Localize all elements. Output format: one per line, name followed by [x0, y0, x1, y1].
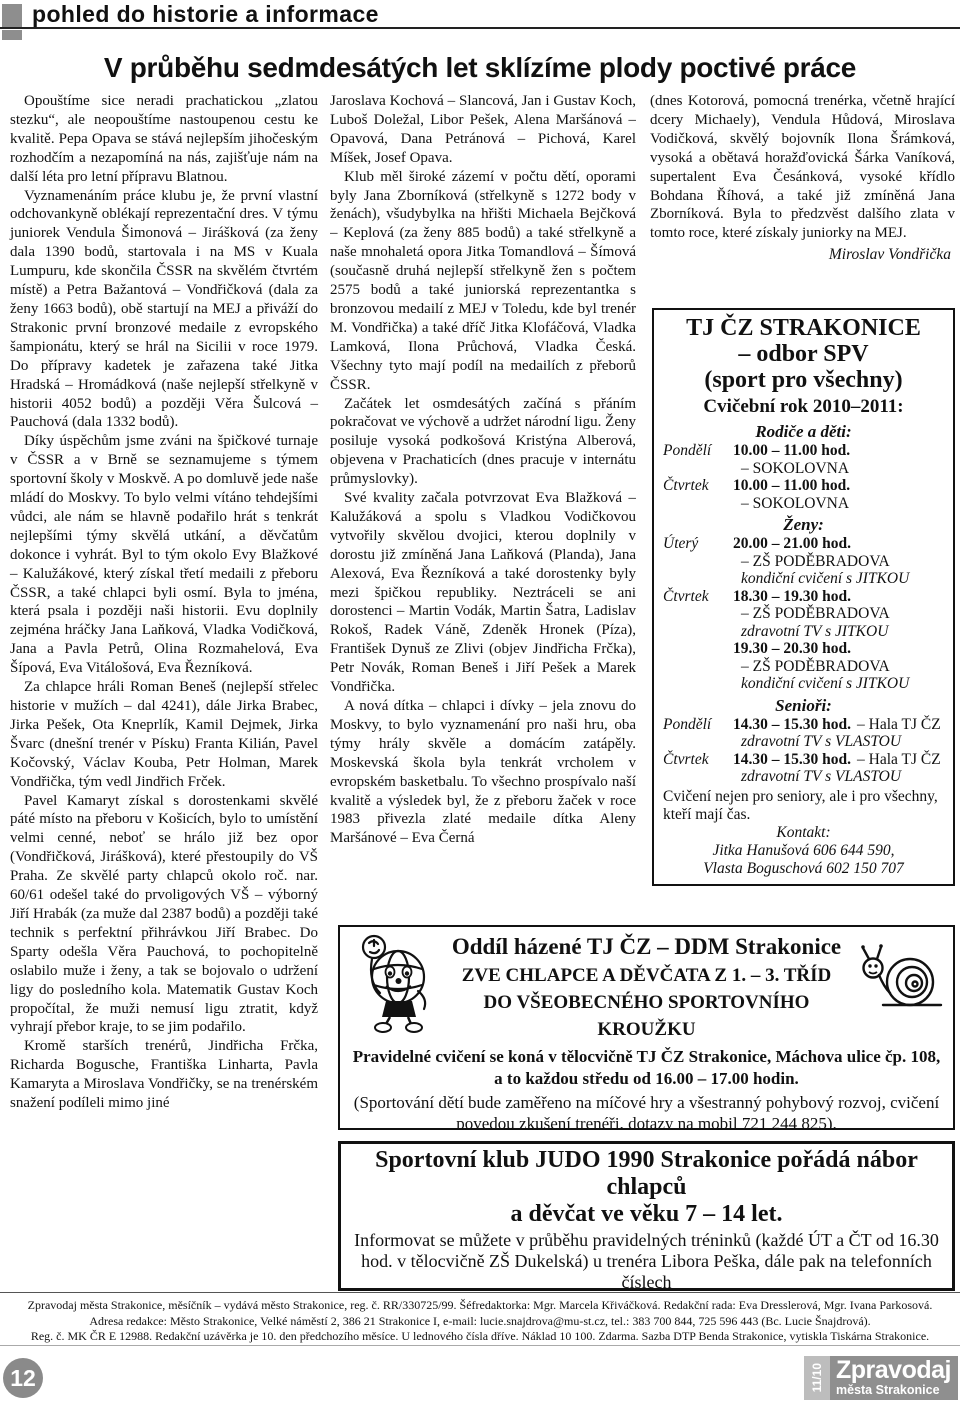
header-divider	[0, 27, 960, 29]
paragraph: Začátek let osmdesátých začíná s přáním …	[330, 395, 636, 490]
spv-time: 14.30 – 15.30 hod.	[733, 751, 851, 769]
spv-day: Čtvrtek	[663, 477, 733, 495]
spv-section-heading: Ženy:	[663, 515, 944, 535]
handball-title: Oddíl házené TJ ČZ – DDM Strakonice	[444, 932, 849, 962]
spv-schedule-row: Úterý 20.00 – 21.00 hod.	[663, 535, 944, 553]
spv-schedule-row: 19.30 – 20.30 hod.	[663, 640, 944, 658]
author-signature: Miroslav Vondřička	[650, 246, 955, 265]
judo-title-line: a děvčat ve věku 7 – 14 let.	[349, 1201, 944, 1228]
spv-schedule-row: Pondělí 10.00 – 11.00 hod.	[663, 442, 944, 460]
paragraph: Pavel Kamaryt získal s dorostenkami skvě…	[10, 792, 318, 1038]
spv-location: – ZŠ PODĚBRADOVA	[741, 553, 944, 571]
spv-location: – ZŠ PODĚBRADOVA	[741, 605, 944, 623]
logo-block: Zpravodaj města Strakonice	[830, 1356, 958, 1400]
logo-subtitle: města Strakonice	[836, 1384, 952, 1397]
spv-day: Pondělí	[663, 716, 733, 734]
imprint-line: Adresa redakce: Město Strakonice, Velké …	[0, 1314, 960, 1330]
paragraph: Klub měl široké zázemí v počtu dětí, opo…	[330, 168, 636, 395]
spv-day: Čtvrtek	[663, 751, 733, 769]
spv-time: 19.30 – 20.30 hod.	[733, 640, 851, 658]
spv-time: 14.30 – 15.30 hod.	[733, 716, 851, 734]
newspaper-page: pohled do historie a informace V průběhu…	[0, 0, 960, 1403]
spv-section-heading: Rodiče a děti:	[663, 422, 944, 442]
judo-announcement-box: Sportovní klub JUDO 1990 Strakonice pořá…	[338, 1141, 955, 1291]
imprint-line: Reg. č. MK ČR E 12988. Redakční uzávěrka…	[0, 1329, 960, 1345]
article-column-1: Opouštíme sice neradi prachatickou „zlat…	[10, 92, 318, 1113]
spv-contact: Vlasta Boguschová 602 150 707	[663, 860, 944, 878]
kicker-square-marker-lower	[2, 30, 22, 40]
paragraph: (dnes Kotorová, pomocná trenérka, včetně…	[650, 92, 955, 243]
footer-divider-top	[0, 1292, 960, 1293]
handball-schedule: Pravidelné cvičení se koná v tělocvičně …	[348, 1046, 945, 1090]
paragraph: A nová dítka – chlapci i dívky – jela zn…	[330, 697, 636, 848]
spv-location: – SOKOLOVNA	[741, 460, 944, 478]
judo-title-line: Sportovní klub JUDO 1990 Strakonice pořá…	[349, 1147, 944, 1201]
spv-activity: kondiční cvičení s JITKOU	[741, 570, 944, 588]
spv-activity: zdravotní TV s JITKOU	[741, 623, 944, 641]
judo-info: Informovat se můžete v průběhu pravideln…	[349, 1230, 944, 1291]
spv-activity: kondiční cvičení s JITKOU	[741, 675, 944, 693]
handball-invite-line: ZVE CHLAPCE A DĚVČATA Z 1. – 3. TŘÍD	[444, 962, 849, 989]
paragraph: Opouštíme sice neradi prachatickou „zlat…	[10, 92, 318, 187]
spv-schedule-row: Čtvrtek 10.00 – 11.00 hod.	[663, 477, 944, 495]
spv-activity: zdravotní TV s VLASTOU	[741, 768, 944, 786]
paragraph: Za chlapce hráli Roman Beneš (nejlepší s…	[10, 678, 318, 791]
spv-day: Pondělí	[663, 442, 733, 460]
paragraph: Díky úspěchům jsme zváni na špičkové tur…	[10, 432, 318, 678]
spv-title: (sport pro všechny)	[663, 367, 944, 393]
imprint: Zpravodaj města Strakonice, měsíčník – v…	[0, 1298, 960, 1345]
paragraph: Vyznamenáním práce klubu je, že první vl…	[10, 187, 318, 433]
spv-venue: – Hala TJ ČZ	[857, 716, 941, 734]
issue-strip: 11/10	[804, 1356, 830, 1400]
section-kicker: pohled do historie a informace	[32, 0, 379, 28]
paragraph: Jaroslava Kochová – Slancová, Jan i Gust…	[330, 92, 636, 168]
snail-icon	[857, 943, 943, 1015]
page-number-badge: 12	[3, 1358, 43, 1398]
spv-schedule-row: Pondělí 14.30 – 15.30 hod. – Hala TJ ČZ	[663, 716, 944, 734]
spv-venue: – Hala TJ ČZ	[857, 751, 941, 769]
article-title: V průběhu sedmdesátých let sklízíme plod…	[0, 52, 960, 84]
spv-location: – ZŠ PODĚBRADOVA	[741, 658, 944, 676]
spv-day	[663, 640, 733, 658]
paragraph: Kromě starších trenérů, Jindřicha Frčka,…	[10, 1037, 318, 1113]
spv-schedule-row: Čtvrtek 14.30 – 15.30 hod. – Hala TJ ČZ	[663, 751, 944, 769]
spv-season: Cvičební rok 2010–2011:	[663, 395, 944, 419]
imprint-line: Zpravodaj města Strakonice, měsíčník – v…	[0, 1298, 960, 1314]
spv-activity: zdravotní TV s VLASTOU	[741, 733, 944, 751]
issue-number: 11/10	[810, 1363, 824, 1392]
kicker-square-marker	[2, 4, 22, 27]
spv-location: – SOKOLOVNA	[741, 495, 944, 513]
spv-title: – odbor SPV	[663, 341, 944, 367]
footer-divider-bottom	[0, 1345, 960, 1346]
spv-announcement-box: TJ ČZ STRAKONICE – odbor SPV (sport pro …	[652, 308, 955, 886]
spv-time: 20.00 – 21.00 hod.	[733, 535, 851, 553]
spv-day: Úterý	[663, 535, 733, 553]
article-column-3: (dnes Kotorová, pomocná trenérka, včetně…	[650, 92, 955, 265]
newsletter-logo: 11/10 Zpravodaj města Strakonice	[804, 1356, 958, 1400]
paragraph: Své kvality začala potvrzovat Eva Blažko…	[330, 489, 636, 697]
spv-contact: Jitka Hanušová 606 644 590,	[663, 842, 944, 860]
spv-time: 10.00 – 11.00 hod.	[733, 442, 850, 460]
spv-title: TJ ČZ STRAKONICE	[663, 315, 944, 341]
spv-time: 10.00 – 11.00 hod.	[733, 477, 850, 495]
spv-contact-heading: Kontakt:	[663, 824, 944, 842]
logo-title: Zpravodaj	[836, 1357, 952, 1384]
handball-announcement-box: Oddíl házené TJ ČZ – DDM Strakonice ZVE …	[338, 925, 955, 1130]
spv-section-heading: Senioři:	[663, 696, 944, 716]
handball-invite-line: DO VŠEOBECNÉHO SPORTOVNÍHO KROUŽKU	[444, 989, 849, 1043]
spv-note: Cvičení nejen pro seniory, ale i pro vše…	[663, 788, 944, 824]
spv-time: 18.30 – 19.30 hod.	[733, 588, 851, 606]
article-column-2: Jaroslava Kochová – Slancová, Jan i Gust…	[330, 92, 636, 922]
handball-mascot-icon	[348, 931, 444, 1033]
handball-note: (Sportování dětí bude zaměřeno na míčové…	[348, 1092, 945, 1130]
spv-day: Čtvrtek	[663, 588, 733, 606]
spv-schedule-row: Čtvrtek 18.30 – 19.30 hod.	[663, 588, 944, 606]
